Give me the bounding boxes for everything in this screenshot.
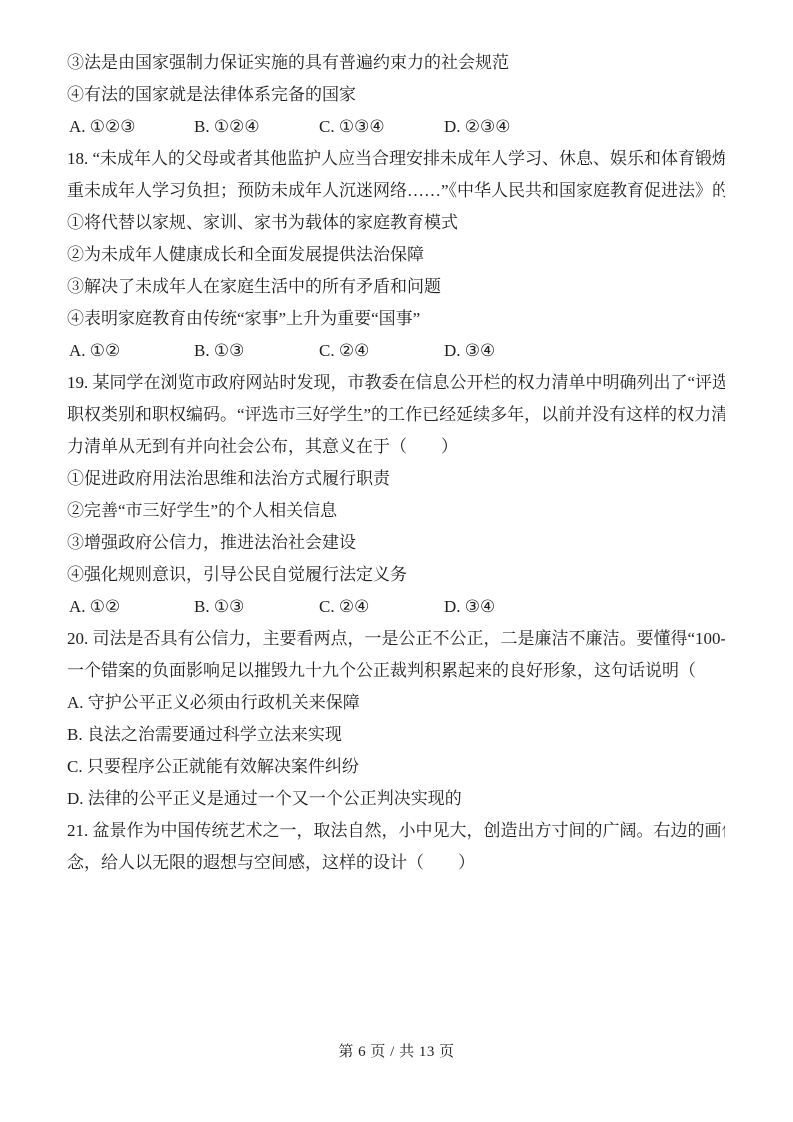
q21-stem-line-1: 21. 盆景作为中国传统艺术之一，取法自然，小中见大，创造出方寸间的广阔。右边的… — [67, 815, 725, 847]
q19-option-3: ③增强政府公信力，推进法治社会建设 — [67, 527, 725, 559]
q20-choice-d: D. 法律的公平正义是通过一个又一个公正判决实现的 — [67, 783, 725, 815]
q18-stem-line-1: 18. “未成年人的父母或者其他监护人应当合理安排未成年人学习、休息、娱乐和体育… — [67, 143, 725, 175]
question-20: 20. 司法是否具有公信力，主要看两点，一是公正不公正，二是廉洁不廉洁。要懂得“… — [67, 623, 725, 815]
q18-choice-c: C. ②④ — [319, 335, 444, 367]
question-17-tail: ③法是由国家强制力保证实施的具有普遍约束力的社会规范 ④有法的国家就是法律体系完… — [67, 47, 725, 143]
q19-option-4: ④强化规则意识，引导公民自觉履行法定义务 — [67, 559, 725, 591]
q20-stem-line-1: 20. 司法是否具有公信力，主要看两点，一是公正不公正，二是廉洁不廉洁。要懂得“… — [67, 623, 725, 655]
q19-stem-line-3: 力清单从无到有并向社会公布，其意义在于（ ） — [67, 431, 725, 463]
q19-option-1: ①促进政府用法治思维和法治方式履行职责 — [67, 463, 725, 495]
q18-choice-a: A. ①② — [69, 335, 194, 367]
q18-choices-row: A. ①② B. ①③ C. ②④ D. ③④ — [67, 335, 725, 367]
q20-choice-b: B. 良法之治需要通过科学立法来实现 — [67, 719, 725, 751]
question-18: 18. “未成年人的父母或者其他监护人应当合理安排未成年人学习、休息、娱乐和体育… — [67, 143, 725, 367]
q19-choice-c: C. ②④ — [319, 591, 444, 623]
q19-choice-d: D. ③④ — [444, 591, 495, 623]
q19-option-2: ②完善“市三好学生”的个人相关信息 — [67, 495, 725, 527]
q17-choice-b: B. ①②④ — [194, 111, 319, 143]
q21-stem-line-2: 念，给人以无限的遐想与空间感，这样的设计（ ） — [67, 847, 725, 879]
q18-option-3: ③解决了未成年人在家庭生活中的所有矛盾和问题 — [67, 271, 725, 303]
q19-stem-line-1: 19. 某同学在浏览市政府网站时发现，市教委在信息公开栏的权力清单中明确列出了“… — [67, 367, 725, 399]
q17-choice-c: C. ①③④ — [319, 111, 444, 143]
q19-choice-b: B. ①③ — [194, 591, 319, 623]
q20-choice-a: A. 守护公平正义必须由行政机关来保障 — [67, 687, 725, 719]
q18-option-2: ②为未成年人健康成长和全面发展提供法治保障 — [67, 239, 725, 271]
q17-option-4: ④有法的国家就是法律体系完备的国家 — [67, 79, 725, 111]
q19-stem-line-2: 职权类别和职权编码。“评选市三好学生”的工作已经延续多年，以前并没有这样的权力清… — [67, 399, 725, 431]
q18-choice-b: B. ①③ — [194, 335, 319, 367]
page-number-indicator: 第 6 页 / 共 13 页 — [0, 1040, 793, 1061]
q20-stem-line-2: 一个错案的负面影响足以摧毁九十九个公正裁判积累起来的良好形象，这句话说明（ ） — [67, 655, 725, 687]
exam-content: ③法是由国家强制力保证实施的具有普遍约束力的社会规范 ④有法的国家就是法律体系完… — [67, 47, 725, 879]
q19-choice-a: A. ①② — [69, 591, 194, 623]
q17-choice-a: A. ①②③ — [69, 111, 194, 143]
q18-option-4: ④表明家庭教育由传统“家事”上升为重要“国事” — [67, 303, 725, 335]
q17-option-3: ③法是由国家强制力保证实施的具有普遍约束力的社会规范 — [67, 47, 725, 79]
q18-stem-line-2: 重未成年人学习负担；预防未成年人沉迷网络……”《中华人民共和国家庭教育促进法》的… — [67, 175, 725, 207]
q18-choice-d: D. ③④ — [444, 335, 495, 367]
q17-choices-row: A. ①②③ B. ①②④ C. ①③④ D. ②③④ — [67, 111, 725, 143]
question-21: 21. 盆景作为中国传统艺术之一，取法自然，小中见大，创造出方寸间的广阔。右边的… — [67, 815, 725, 879]
q20-choice-c: C. 只要程序公正就能有效解决案件纠纷 — [67, 751, 725, 783]
q18-option-1: ①将代替以家规、家训、家书为载体的家庭教育模式 — [67, 207, 725, 239]
exam-page: ③法是由国家强制力保证实施的具有普遍约束力的社会规范 ④有法的国家就是法律体系完… — [0, 0, 793, 1122]
q17-choice-d: D. ②③④ — [444, 111, 511, 143]
q19-choices-row: A. ①② B. ①③ C. ②④ D. ③④ — [67, 591, 725, 623]
question-19: 19. 某同学在浏览市政府网站时发现，市教委在信息公开栏的权力清单中明确列出了“… — [67, 367, 725, 623]
